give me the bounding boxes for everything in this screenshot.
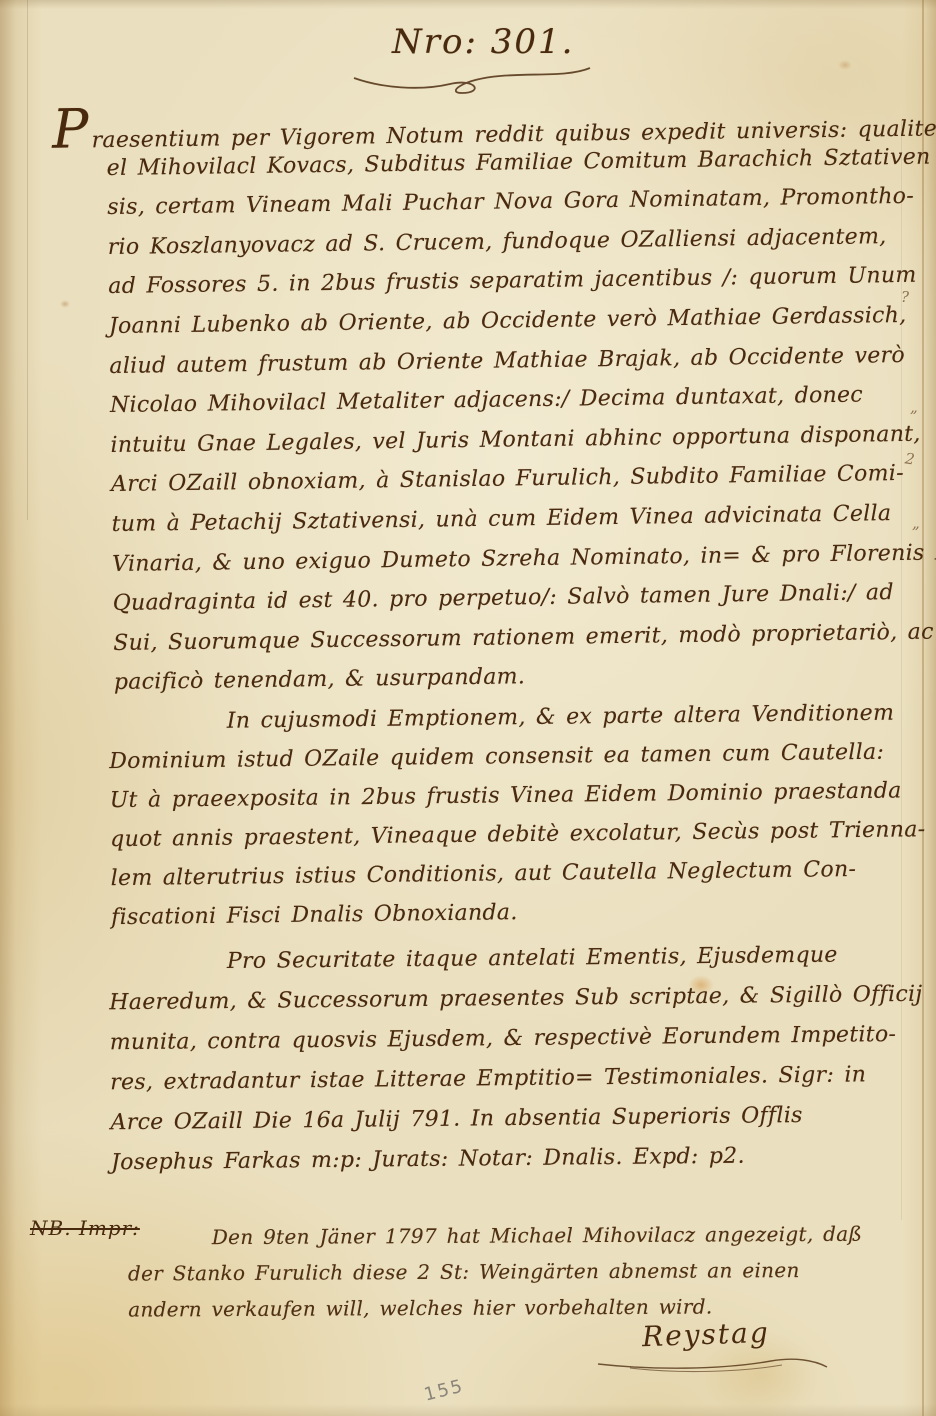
document-number: Nro: 301. bbox=[392, 22, 574, 62]
german-annotation-1797: Den 9ten Jäner 1797 hat Michael Mihovila… bbox=[0, 1215, 936, 1328]
latin-line: Josephus Farkas m:p: Jurats: Notar: Dnal… bbox=[1, 1135, 936, 1185]
latin-paragraph-1: Praesentium per Vigorem Notum reddit qui… bbox=[0, 98, 936, 705]
signature-underline-flourish bbox=[596, 1352, 831, 1376]
margin-ink-mark: 2 bbox=[904, 449, 916, 468]
clerk-signature: Reystag bbox=[641, 1316, 770, 1353]
margin-ink-mark: „ bbox=[912, 514, 920, 532]
margin-ink-mark: „ bbox=[910, 398, 918, 416]
margin-ink-mark: ? bbox=[901, 288, 909, 306]
latin-paragraph-3-closing: Pro Securitate itaque antelati Ementis, … bbox=[0, 935, 936, 1185]
german-line: Den 9ten Jäner 1797 hat Michael Mihovila… bbox=[0, 1215, 936, 1256]
header-underline-flourish bbox=[348, 62, 598, 94]
pencil-folio-number: 155 bbox=[422, 1375, 466, 1405]
manuscript-page: Nro: 301. Praesentium per Vigorem Notum … bbox=[0, 0, 936, 1416]
latin-paragraph-2: In cujusmodi Emptionem, & ex parte alter… bbox=[0, 693, 936, 938]
german-line: der Stanko Furulich diese 2 St: Weingärt… bbox=[0, 1251, 936, 1292]
german-line: andern verkaufen will, welches hier vorb… bbox=[0, 1287, 936, 1328]
paper-stain bbox=[838, 60, 852, 70]
